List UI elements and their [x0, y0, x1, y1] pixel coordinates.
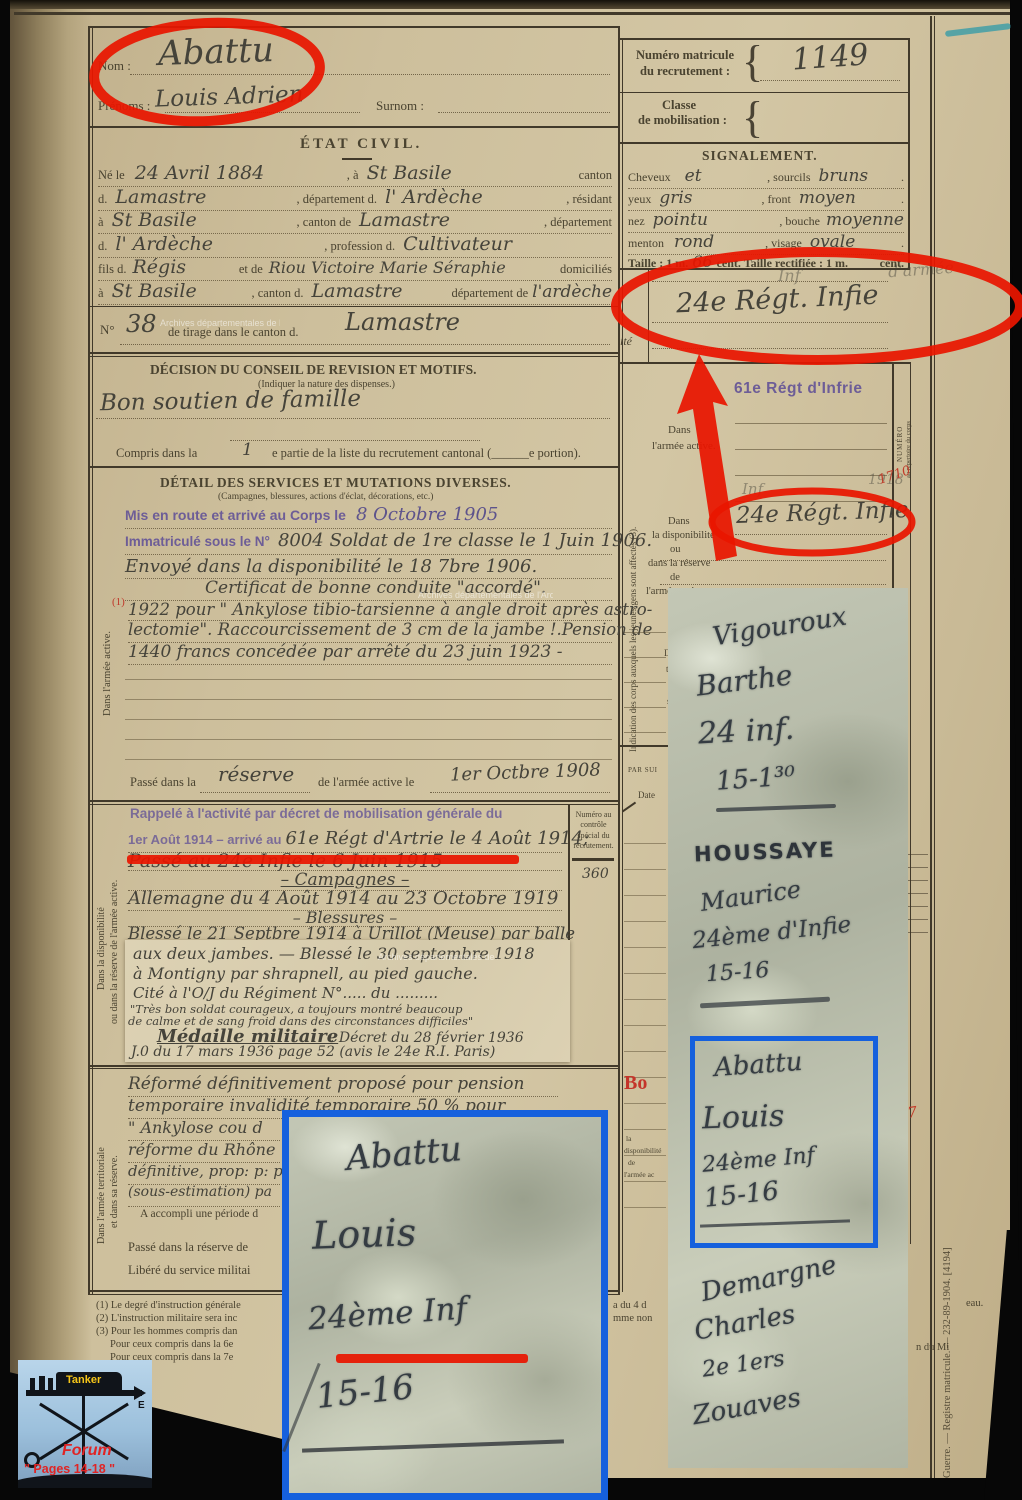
rule [735, 534, 887, 535]
binding-edge [10, 0, 92, 1484]
surnom-label: Surnom : [376, 98, 424, 114]
etat-line: à St Basile , canton d. Lamastre départe… [98, 280, 612, 305]
etat-civil-title: ÉTAT CIVIL. [300, 136, 422, 153]
printed-label: d. [98, 239, 107, 254]
mobilisation-line: Passé au 24e Infie le 6 Juin 1915 [128, 850, 562, 871]
rule [92, 26, 93, 1294]
handwritten-value: l' Ardèche [385, 186, 566, 208]
signalement-title: SIGNALEMENT. [702, 148, 818, 164]
rule [14, 12, 1010, 15]
etat-line: à St Basile , canton de Lamastre , dépar… [98, 209, 612, 234]
footnote: (1) Le degré d'instruction générale [96, 1300, 282, 1311]
rule [620, 92, 910, 93]
handwritten-value: ovale [810, 232, 901, 252]
margin-label-sa-reserve: et dans sa réserve. [109, 1155, 120, 1228]
rule [88, 26, 90, 1294]
territoriale-line: réforme du Rhône [128, 1140, 280, 1163]
handwritten-value: définitive, prop: p: p [128, 1162, 283, 1180]
rule [88, 466, 620, 468]
handwritten-value: Lamastre [115, 186, 296, 208]
handwritten-value: 8004 Soldat de 1re classe le 1 Juin 1906… [278, 530, 652, 551]
compris-text-2: e partie de la liste du recrutement cant… [272, 446, 581, 461]
graffiti-name: Louis [311, 1210, 417, 1258]
printed-label: canton [579, 168, 612, 183]
printed-label: Né le [98, 168, 125, 183]
rule [88, 1068, 620, 1069]
handwritten-value: 1922 pour " Ankylose tibio-tarsienne à a… [128, 600, 652, 619]
prenoms-label: Prénoms : [98, 98, 150, 114]
etat-line: d. l' Ardèche , profession d. Cultivateu… [98, 233, 612, 258]
handwritten-value: et [685, 166, 768, 186]
printed-label: Cheveux [628, 170, 671, 185]
tanker-label: Tanker [66, 1374, 101, 1386]
tanker-forum-logo: Tanker E Forum " Pages 14-18 " [18, 1360, 152, 1488]
rule [430, 792, 610, 793]
rule [660, 584, 886, 585]
rule [652, 348, 888, 349]
printed-label: et de [239, 262, 263, 277]
arrow-tip [134, 1386, 146, 1400]
printed-label: , à [347, 168, 359, 183]
red-stamp-fragment: Bo [624, 1072, 647, 1095]
signalement-line: nez pointu , bouche moyenne [628, 210, 904, 233]
service-line: Immatriculé sous le N° 8004 Soldat de 1r… [125, 530, 612, 555]
rule [572, 858, 614, 861]
signalement-line: Cheveux et , sourcils bruns . [628, 166, 904, 189]
rule [88, 800, 620, 802]
controle-value: 360 [582, 866, 609, 882]
faint-handwriting: Inf [742, 480, 763, 498]
handwritten-value: Cultivateur [403, 233, 612, 255]
printed-label: , département [544, 215, 612, 230]
handwritten-value: St Basile [112, 209, 297, 231]
handwritten-value: St Basile [112, 280, 252, 302]
printed-label: Taille : 1 m. [628, 256, 688, 271]
glued-note-slip: aux deux jambes. — Blessé le 30 septembr… [125, 940, 570, 1062]
handwritten-value: 8 Octobre 1905 [356, 504, 498, 525]
printed-label: à [98, 286, 104, 301]
printer-imprint-vertical: Guerre. — Registre matricule. — 232-89-1… [942, 1247, 953, 1478]
dispo-label: ou [670, 544, 681, 555]
date-fragment: Date [638, 790, 655, 800]
handwritten-value: (sous-estimation) pa [128, 1184, 272, 1200]
decision-title: DÉCISION DU CONSEIL DE REVISION ET MOTIF… [150, 362, 476, 378]
handwritten-value: St Basile [367, 162, 579, 184]
territoriale-line: " Ankylose cou d [128, 1118, 280, 1141]
rule [934, 16, 935, 1478]
rule [88, 126, 620, 128]
territoriale-printed: Passé dans la réserve de [128, 1240, 286, 1255]
tirage-no-value: 38 [126, 310, 157, 338]
rule [342, 158, 372, 160]
soldier-silhouette [39, 1376, 45, 1391]
service-line: Mis en route et arrivé au Corps le 8 Oct… [125, 504, 612, 529]
nom-label: Nom : [98, 58, 131, 74]
compris-text: Compris dans la [116, 446, 197, 461]
graffiti-name-abattu: Abattu [713, 1047, 803, 1083]
footnote-marker: (1) [112, 596, 125, 608]
printed-label: , bouche [779, 214, 820, 229]
handwritten-value: gris [659, 188, 761, 208]
printed-label: yeux [628, 192, 651, 207]
graffiti-name: HOUSSAYE [694, 838, 836, 867]
scanned-military-register-photo: { "watermark": {"text": "Archives départ… [0, 0, 1022, 1500]
footnote-fragment: mme non [613, 1313, 652, 1324]
handwritten-value: Lamastre [312, 280, 452, 302]
service-line: 1922 pour " Ankylose tibio-tarsienne à a… [128, 600, 612, 621]
printed-label: , front [762, 192, 791, 207]
printed-label: , département d. [297, 192, 378, 207]
territoriale-line: (sous-estimation) pa [128, 1184, 280, 1207]
footnote-fragment: eau. [966, 1298, 983, 1309]
territoriale-printed: A accompli une période d [140, 1208, 288, 1220]
dispo-label: Dans [668, 516, 690, 527]
printed-label: , visage [765, 236, 802, 251]
handwritten-value: bruns [819, 166, 902, 186]
printed-label: , profession d. [324, 239, 395, 254]
services-title: DÉTAIL DES SERVICES ET MUTATIONS DIVERSE… [160, 475, 511, 491]
rule [648, 270, 649, 362]
handwritten-value: moyen [799, 188, 901, 208]
footnote: (3) Pour les hommes compris dan [96, 1326, 282, 1337]
compass-letter-e: E [138, 1400, 145, 1411]
stamp-rappele: Rappelé à l'activité par décret de mobil… [130, 806, 502, 821]
passe-reserve-label: Passé dans la [130, 775, 196, 790]
stamp-61e-regiment: 61e Régt d'Infrie [734, 380, 862, 398]
tirage-no-label: N° [100, 322, 115, 338]
printed-label: à [98, 215, 104, 230]
footnote: Pour ceux compris dans la 6e [110, 1339, 282, 1350]
rule [930, 16, 932, 1478]
rule [652, 322, 888, 323]
handwritten-value: l' Ardèche [115, 233, 324, 255]
matricule-label: Numéro matricule [636, 48, 734, 63]
dispo-label: la disponibilité [652, 530, 715, 541]
footnote-fragment: a du 4 d [613, 1300, 647, 1311]
hill-silhouette [18, 1474, 152, 1488]
rule [622, 38, 623, 1292]
signalement-line: yeux gris , front moyen . [628, 188, 904, 211]
rule [620, 362, 910, 364]
printed-label: . [901, 192, 904, 207]
etat-line: d. Lamastre , département d. l' Ardèche … [98, 186, 612, 211]
matricule-value: 1149 [791, 37, 870, 77]
decision-value: Bon soutien de famille [100, 386, 361, 417]
page-top-shadow [10, 0, 1010, 9]
rule [96, 418, 610, 419]
handwritten-value: 1440 francs concédée par arrêté du 23 ju… [128, 642, 563, 662]
handwritten-value: " Ankylose cou d [128, 1118, 263, 1137]
dispo-label: dans la réserve [648, 558, 710, 569]
slip-line: à Montigny par shrapnell, au pied gauche… [133, 964, 478, 983]
printed-label: , canton d. [251, 286, 303, 301]
passe-reserve-value: réserve [218, 762, 294, 786]
classe-label: Classe [662, 98, 696, 113]
printed-label: domiciliés [506, 262, 612, 277]
margin-label-reserve: ou dans la réserve de l'armée active. [109, 880, 120, 1024]
nom-value: Abattu [157, 30, 274, 74]
soldier-silhouette [48, 1378, 53, 1391]
printed-label: d. [98, 192, 107, 207]
dispo-label: de [670, 572, 680, 583]
margin-label-territoriale: Dans l'armée territoriale [96, 1147, 107, 1244]
etat-line: Né le 24 Avril 1884 , à St Basile canton [98, 162, 612, 187]
margin-label-disponibilite: Dans la disponibilité [96, 907, 107, 990]
handwritten-value: 24 Avril 1884 [135, 162, 347, 184]
classe-label-2: de mobilisation : [638, 113, 727, 128]
handwritten-value: Riou Victoire Marie Séraphie [269, 258, 506, 277]
printed-label: , sourcils [767, 170, 810, 185]
territoriale-line: définitive, prop: p: p [128, 1162, 280, 1185]
rule [618, 26, 620, 1294]
handwritten-value: Réformé définitivement proposé pour pens… [128, 1074, 524, 1094]
handwritten-value: Régis [132, 256, 238, 278]
rule [620, 142, 910, 144]
rule [130, 74, 610, 75]
slip-line: Cité à l'O/J du Régiment N°..... du ....… [133, 984, 438, 1002]
blank-ruled-lines [624, 608, 666, 736]
stamp-text: Mis en route et arrivé au Corps le [125, 507, 346, 523]
rule [200, 792, 310, 793]
handwritten-value: Passé au 24e Infie le 6 Juin 1915 [128, 850, 443, 872]
archive-watermark: Archives départementales de l'Ardèche [378, 952, 498, 962]
footnote: (2) L'instruction militaire sera inc [96, 1313, 282, 1324]
services-subtitle: (Campagnes, blessures, actions d'éclat, … [218, 492, 433, 502]
graffiti-date: 15-1³⁰ [715, 761, 796, 796]
label-fragment: disponibilité [624, 1146, 662, 1155]
handwritten-value: pointu [653, 210, 780, 230]
graffiti-name: Louis [701, 1099, 784, 1137]
printed-label: fils d. [98, 262, 126, 277]
handwritten-value: moyenne [826, 210, 904, 230]
matricule-label-2: du recrutement : [640, 64, 730, 79]
rule [652, 281, 888, 282]
label-fragment: l'armée ac [624, 1170, 654, 1179]
handwritten-value: Lamastre [359, 209, 544, 231]
armee-active-label: Dans [668, 424, 691, 436]
passe-reserve-label-2: de l'armée active le [318, 775, 414, 790]
rule [88, 804, 620, 805]
label-fragment: ité [620, 334, 632, 349]
printed-label: . [901, 236, 904, 251]
service-line: Envoyé dans la disponibilité le 18 7bre … [125, 556, 612, 579]
prenoms-value: Louis Adrien [155, 81, 304, 112]
rule [908, 38, 910, 270]
rule [88, 26, 620, 28]
rule [230, 440, 480, 441]
handwritten-value: Allemagne du 4 Août 1914 au 23 Octobre 1… [128, 888, 558, 909]
territoriale-printed: Libéré du service militai [128, 1263, 286, 1278]
rule [88, 356, 620, 357]
forum-label: Forum [62, 1442, 112, 1460]
handwritten-value: lectomie". Raccourcissement de 3 cm de l… [128, 620, 562, 639]
handwritten-value: 66 [692, 252, 712, 271]
printed-label: département de [451, 286, 528, 301]
par-suite-fragment: PAR SUI [628, 766, 658, 774]
stamp-text: Immatriculé sous le N° [125, 534, 270, 549]
soldier-silhouette [30, 1378, 35, 1391]
service-line: lectomie". Raccourcissement de 3 cm de l… [128, 620, 612, 643]
rule [760, 80, 900, 81]
rule [165, 112, 360, 113]
controle-label: Numéro au contrôle spécial du recrutemen… [571, 810, 616, 852]
printed-label: menton [628, 236, 664, 251]
brace: { [742, 92, 763, 143]
graffiti-date: 15-16 [705, 958, 770, 987]
armee-active-label-2: l'armée active. [652, 440, 716, 452]
printed-label: , canton de [297, 215, 352, 230]
handwritten-value: Envoyé dans la disponibilité le 18 7bre … [125, 556, 537, 577]
repertoire-numero-vertical: NUMÉRO [896, 426, 904, 462]
printed-label: , résidant [566, 192, 612, 207]
rule [120, 344, 610, 345]
printed-label: . [901, 170, 904, 185]
rule [88, 352, 620, 354]
etat-line: fils d. Régis et de Riou Victoire Marie … [98, 256, 612, 281]
handwritten-value: réforme du Rhône [128, 1140, 275, 1159]
handwritten-value: – Campagnes – [281, 870, 410, 890]
archive-watermark: Archives départementales de l'Ardèche [160, 318, 280, 328]
compris-value: 1 [242, 440, 253, 460]
territoriale-line: Réformé définitivement proposé pour pens… [128, 1074, 558, 1097]
slip-line: J.0 du 17 mars 1936 page 52 (avis le 24e… [131, 1044, 495, 1060]
signalement-taille-line: Taille : 1 m. 66 cent. Taille rectifiée … [628, 252, 904, 272]
rule [438, 112, 610, 113]
label-fragment: de [628, 1158, 635, 1167]
rule [88, 306, 620, 307]
tirage-canton: Lamastre [345, 308, 460, 336]
rule [88, 1065, 620, 1067]
archive-watermark: Archives départementales de l'Ardèche [418, 590, 553, 600]
handwritten-value: 61e Régt d'Artrie le 4 Août 1914; [285, 828, 589, 849]
stamp-text: 1er Août 1914 – arrivé au [128, 832, 281, 847]
graffiti-regiment: 24 inf. [697, 712, 795, 752]
margin-label-armee-active: Dans l'armée active. [102, 631, 113, 716]
handwritten-value: rond [674, 232, 765, 252]
blank-ruled-lines [125, 660, 612, 762]
label-fragment: la [626, 1134, 631, 1143]
handwritten-value: l'ardèche [532, 282, 612, 302]
printed-label: nez [628, 214, 645, 229]
